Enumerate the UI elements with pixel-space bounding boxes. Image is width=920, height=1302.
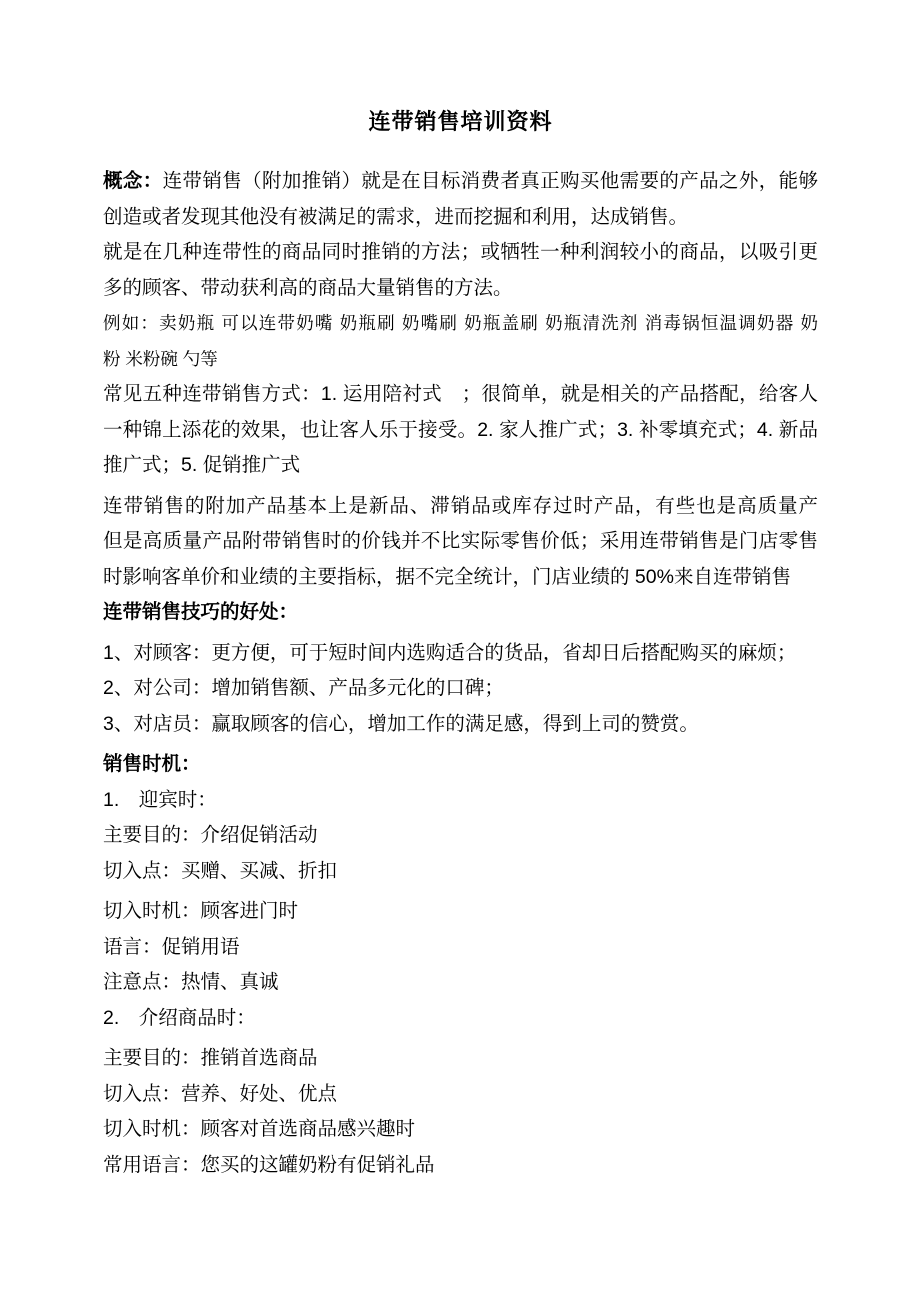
text-line: 1、对顾客：更方便，可于短时间内选购适合的货品，省却日后搭配购买的麻烦； (103, 636, 818, 672)
text-segment: 2. 介绍商品时： (103, 1007, 256, 1029)
text-line: 常见五种连带销售方式：1. 运用陪衬式 ；很简单，就是相关的产品搭配，给客人 (103, 377, 818, 413)
text-segment: 主要目的：介绍促销活动 (103, 824, 318, 846)
text-segment: 时影响客单价和业绩的主要指标，据不完全统计，门店业绩的 50%来自连带销售 (103, 566, 791, 588)
text-line: 但是高质量产品附带销售时的价钱并不比实际零售价低；采用连带销售是门店零售 (103, 524, 818, 560)
text-line: 常用语言：您买的这罐奶粉有促销礼品 (103, 1148, 818, 1184)
text-segment: 常用语言：您买的这罐奶粉有促销礼品 (103, 1154, 435, 1176)
text-segment: 切入时机：顾客进门时 (103, 900, 298, 922)
text-segment: 就是在几种连带性的商品同时推销的方法；或牺牲一种利润较小的商品，以吸引更 (103, 241, 818, 263)
text-line: 语言：促销用语 (103, 930, 818, 966)
text-line: 创造或者发现其他没有被满足的需求，进而挖掘和利用，达成销售。 (103, 200, 818, 236)
text-line: 连带销售的附加产品基本上是新品、滞销品或库存过时产品，有些也是高质量产品， (103, 489, 818, 525)
text-line: 切入时机：顾客进门时 (103, 894, 818, 930)
text-line: 2. 介绍商品时： (103, 1001, 818, 1037)
text-line: 例如：卖奶瓶 可以连带奶嘴 奶瓶刷 奶嘴刷 奶瓶盖刷 奶瓶清洗剂 消毒锅恒温调奶… (103, 306, 818, 342)
text-line: 推广式；5. 促销推广式 (103, 448, 818, 484)
text-segment: 2、对公司：增加销售额、产品多元化的口碑； (103, 677, 504, 699)
text-segment: 主要目的：推销首选商品 (103, 1047, 318, 1069)
text-line: 销售时机： (103, 747, 818, 783)
bold-text-segment: 销售时机： (103, 753, 201, 775)
text-line: 主要目的：推销首选商品 (103, 1041, 818, 1077)
text-segment: 一种锦上添花的效果，也让客人乐于接受。2. 家人推广式；3. 补零填充式；4. … (103, 419, 818, 441)
text-segment: 切入时机：顾客对首选商品感兴趣时 (103, 1118, 415, 1140)
text-line: 多的顾客、带动获利高的商品大量销售的方法。 (103, 271, 818, 307)
text-line: 概念：连带销售（附加推销）就是在目标消费者真正购买他需要的产品之外，能够 (103, 164, 818, 200)
document-page: 连带销售培训资料 概念：连带销售（附加推销）就是在目标消费者真正购买他需要的产品… (0, 0, 920, 1302)
text-segment: 例如：卖奶瓶 可以连带奶嘴 奶瓶刷 奶嘴刷 奶瓶盖刷 奶瓶清洗剂 消毒锅恒温调奶… (103, 313, 818, 333)
text-segment: 多的顾客、带动获利高的商品大量销售的方法。 (103, 277, 513, 299)
text-segment: 连带销售的附加产品基本上是新品、滞销品或库存过时产品，有些也是高质量产品， (103, 495, 818, 525)
text-segment: 语言：促销用语 (103, 936, 240, 958)
text-segment: 创造或者发现其他没有被满足的需求，进而挖掘和利用，达成销售。 (103, 206, 688, 228)
text-line: 一种锦上添花的效果，也让客人乐于接受。2. 家人推广式；3. 补零填充式；4. … (103, 413, 818, 449)
text-line: 粉 米粉碗 勺等 (103, 342, 818, 378)
text-segment: 切入点：买赠、买减、折扣 (103, 860, 337, 882)
text-segment: 1、对顾客：更方便，可于短时间内选购适合的货品，省却日后搭配购买的麻烦； (103, 642, 796, 664)
text-line: 时影响客单价和业绩的主要指标，据不完全统计，门店业绩的 50%来自连带销售 (103, 560, 818, 596)
text-line: 1. 迎宾时： (103, 783, 818, 819)
text-line: 切入点：营养、好处、优点 (103, 1077, 818, 1113)
text-line: 注意点：热情、真诚 (103, 965, 818, 1001)
text-line: 切入时机：顾客对首选商品感兴趣时 (103, 1112, 818, 1148)
text-line: 2、对公司：增加销售额、产品多元化的口碑； (103, 671, 818, 707)
text-segment: 常见五种连带销售方式：1. 运用陪衬式 ；很简单，就是相关的产品搭配，给客人 (103, 383, 818, 405)
text-segment: 3、对店员：赢取顾客的信心，增加工作的满足感，得到上司的赞赏。 (103, 713, 699, 735)
document-body: 概念：连带销售（附加推销）就是在目标消费者真正购买他需要的产品之外，能够创造或者… (103, 164, 818, 1183)
text-line: 连带销售技巧的好处： (103, 595, 818, 631)
text-segment: 注意点：热情、真诚 (103, 971, 279, 993)
text-segment: 1. 迎宾时： (103, 789, 217, 811)
text-line: 切入点：买赠、买减、折扣 (103, 854, 818, 890)
text-segment: 粉 米粉碗 勺等 (103, 349, 218, 369)
text-line: 3、对店员：赢取顾客的信心，增加工作的满足感，得到上司的赞赏。 (103, 707, 818, 743)
text-segment: 推广式；5. 促销推广式 (103, 454, 300, 476)
bold-text-segment: 连带销售技巧的好处： (103, 601, 298, 623)
bold-text-segment: 概念： (103, 170, 163, 192)
text-line: 就是在几种连带性的商品同时推销的方法；或牺牲一种利润较小的商品，以吸引更 (103, 235, 818, 271)
text-segment: 连带销售（附加推销）就是在目标消费者真正购买他需要的产品之外，能够 (163, 170, 818, 192)
document-title: 连带销售培训资料 (103, 106, 818, 138)
text-line: 主要目的：介绍促销活动 (103, 818, 818, 854)
text-segment: 切入点：营养、好处、优点 (103, 1083, 337, 1105)
text-segment: 但是高质量产品附带销售时的价钱并不比实际零售价低；采用连带销售是门店零售 (103, 530, 818, 552)
